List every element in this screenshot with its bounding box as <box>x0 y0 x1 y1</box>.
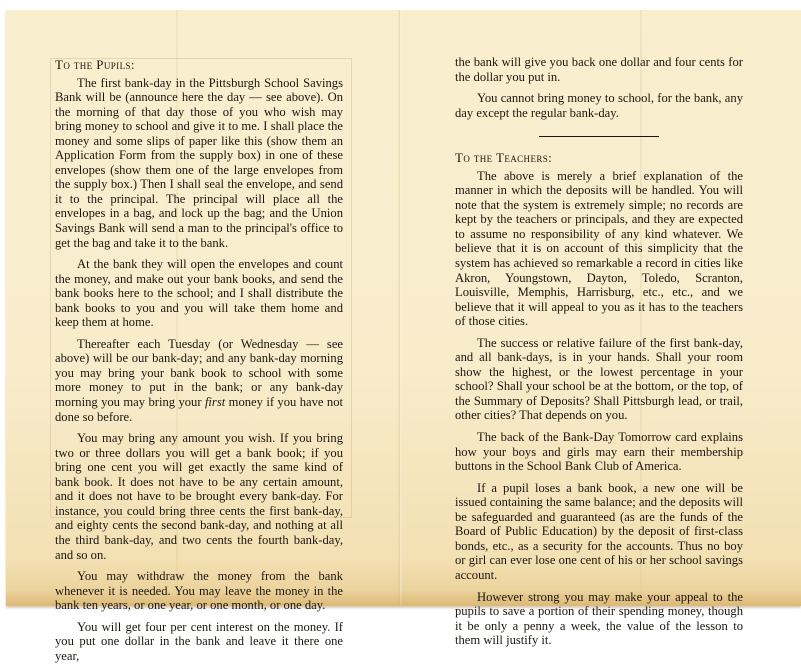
center-fold <box>398 10 402 606</box>
section-divider <box>539 136 659 137</box>
paragraph: If a pupil loses a bank book, a new one … <box>455 481 743 583</box>
paragraph: The first bank-day in the Pittsburgh Sch… <box>55 76 343 251</box>
left-page-column: To the Pupils: The first bank-day in the… <box>55 58 343 619</box>
continued-paragraph: the bank will give you back one dollar a… <box>455 55 743 84</box>
paragraph: However strong you may make your appeal … <box>455 590 743 620</box>
pupils-heading: To the Pupils: <box>55 58 343 73</box>
paragraph: You cannot bring money to school, for th… <box>455 91 743 120</box>
emphasis-first: first <box>205 395 225 409</box>
paragraph: The back of the Bank-Day Tomorrow card e… <box>455 430 743 474</box>
paragraph: You may bring any amount you wish. If yo… <box>55 431 343 562</box>
paragraph: The success or relative failure of the f… <box>455 336 743 423</box>
paragraph: You may withdraw the money from the bank… <box>55 569 343 613</box>
right-page-column: the bank will give you back one dollar a… <box>455 55 743 619</box>
paragraph: Thereafter each Tuesday (or Wednesday — … <box>55 337 343 424</box>
teachers-heading: To the Teachers: <box>455 151 743 166</box>
paragraph: The above is merely a brief explanation … <box>455 169 743 329</box>
paragraph: At the bank they will open the envelopes… <box>55 257 343 330</box>
